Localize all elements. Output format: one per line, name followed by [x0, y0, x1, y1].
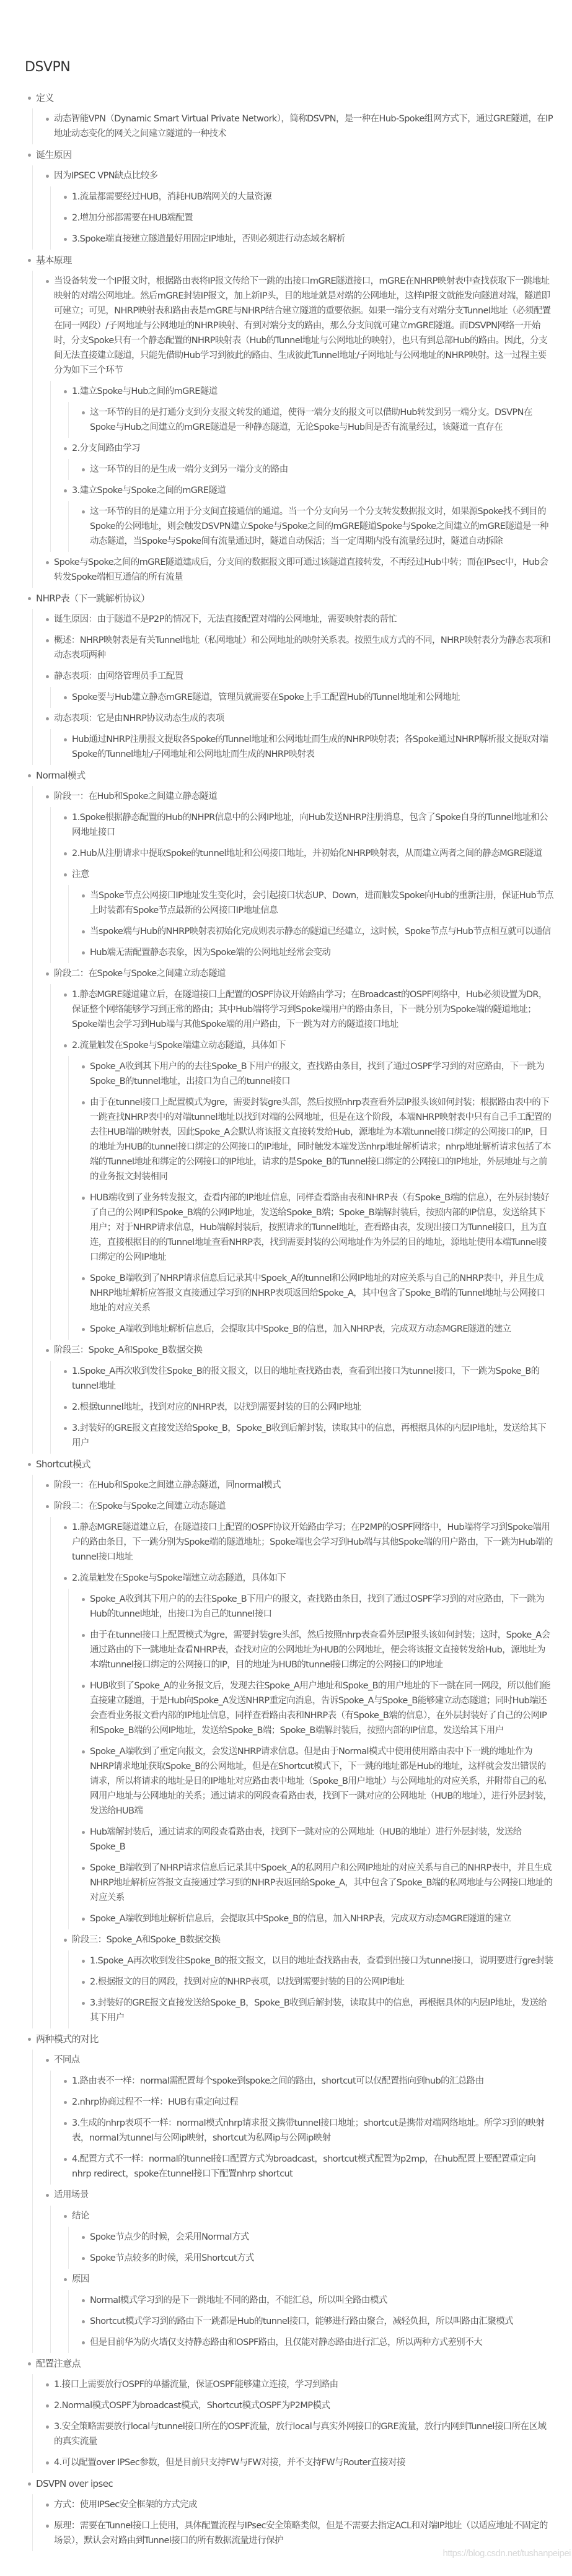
bullet-icon — [64, 2215, 67, 2218]
outline-row: 由于在tunnel接口上配置模式为gre，需要封装gre头部，然后按照nhrp表… — [79, 1625, 553, 1675]
outline-text: 动态表项：它是由NHRP协议动态生成的表项 — [43, 708, 553, 729]
outline-row: 由于在tunnel接口上配置模式为gre，需要封装gre头部，然后按照nhrp表… — [79, 1092, 553, 1187]
outline-label: 因为IPSEC VPN缺点比较多 — [54, 171, 158, 181]
bullet-icon — [82, 1918, 85, 1921]
outline-text: 1.建立Spoke与Hub之间的mGRE隧道 — [61, 381, 553, 402]
outline-item: 3.封装好的GRE报文直接发送给Spoke_B，Spoke_B收到后解封装，读取… — [61, 1418, 553, 1454]
outline-item: 1.Spoke根据静态配置的Hub的NHPR信息中的公网IP地址，向Hub发送N… — [61, 807, 553, 843]
outline-row: Spoke节点较多的时候，采用Shortcut方式 — [79, 2248, 553, 2269]
outline-item: 2.nhrp协商过程不一样：HUB有重定向过程 — [61, 2092, 553, 2113]
bullet-icon — [46, 2425, 49, 2429]
outline-item: Spoke_A端收到地址解析信息后，会提取其中Spoke_B的信息，加入NHRP… — [79, 1908, 553, 1929]
outline-label: 不同点 — [54, 2055, 80, 2065]
outline-row: 1.接口上需要放行OSPF的单播流量，保证OSPF能够建立连接，学习到路由 — [43, 2374, 553, 2395]
bullet-icon — [64, 1939, 67, 1942]
outline-row: Hub通过NHRP注册报文提取各Spoke的Tunnel地址和公网地址而生成的N… — [61, 729, 553, 765]
outline-row: Normal模式学习到的是下一跳地址不同的路由，不能汇总，所以叫全路由模式 — [79, 2290, 553, 2311]
outline-label: 诞生原因 — [36, 149, 72, 160]
outline-item: 1.Spoke_A再次收到发往Spoke_B的报文报文，以目的地址查找路由表，查… — [61, 1361, 553, 1397]
outline-label: 3.封装好的GRE报文直接发送给Spoke_B，Spoke_B收到后解封装，读取… — [72, 1423, 546, 1448]
outline-label: 1.静态MGRE隧道建立后，在隧道接口上配置的OSPF协议开始路由学习；在Bro… — [72, 990, 547, 1029]
outline-row: Spoke_B端收到了NHRP请求信息后记录其中Spoek_A的tunnel和公… — [79, 1268, 553, 1319]
outline-item: Spoke_B端收到了NHRP请求信息后记录其中Spoek_A的tunnel和公… — [79, 1268, 553, 1319]
outline-text: 基本原理 — [25, 250, 553, 271]
outline-label: 3.生成的nhrp表项不一样：normal模式nhrp请求报文携带tunnel接… — [72, 2118, 544, 2143]
outline-text: 诞生原因 — [25, 144, 553, 165]
outline-item: 2.Normal模式OSPF为broadcast模式，Shortcut模式OSP… — [43, 2395, 553, 2416]
bullet-icon — [64, 873, 67, 876]
outline-item: 阶段二：在Spoke与Spoke之间建立动态隧道1.静态MGRE隧道建立后，在隧… — [43, 1496, 553, 2028]
outline-item: 4.可以配置over IPSec参数，但是目前只支持FW与FW对接，并不支持FW… — [43, 2452, 553, 2473]
outline-label: NHRP表（下一跳解析协议） — [36, 593, 150, 604]
outline-sublist: 1.路由表不一样：normal需配置每个spoke到spoke之间的路由，sho… — [50, 2071, 553, 2185]
outline-row: 阶段一：在Hub和Spoke之间建立静态隧道 — [43, 786, 553, 807]
bullet-icon — [82, 1598, 85, 1601]
outline-sublist: Spoke_A收到其下用户的的去往Spoke_B下用户的报文，查找路由条目，找到… — [68, 1056, 553, 1340]
outline-text: 2.根据tunnel地址，找到对应的NHRP表，以找到需要封装的目的公网IP地址 — [61, 1397, 553, 1418]
outline-text: Shortcut模式 — [25, 1454, 553, 1475]
outline-item: 3.封装好的GRE报文直接发送给Spoke_B，Spoke_B收到后解封装，读取… — [79, 1993, 553, 2028]
bullet-icon — [82, 1981, 85, 1984]
bullet-icon — [64, 390, 67, 393]
outline-text: 由于在tunnel接口上配置模式为gre，需要封装gre头部，然后按照nhrp表… — [79, 1092, 553, 1187]
outline-label: Hub通过NHRP注册报文提取各Spoke的Tunnel地址和公网地址而生成的N… — [72, 735, 548, 759]
outline-item: 动态智能VPN（Dynamic Smart Virtual Private Ne… — [43, 108, 553, 144]
outline-text: Spoke节点少的时候，会采用Normal方式 — [79, 2227, 553, 2248]
bullet-icon — [28, 154, 31, 157]
outline-label: 当spoke端与Hub的NHRP映射表初始化完成则表示静态的隧道已经建立，这时候… — [90, 927, 551, 937]
outline-row: Spoke_A收到其下用户的的去往Spoke_B下用户的报文，查找路由条目，找到… — [79, 1589, 553, 1625]
bullet-icon — [82, 1960, 85, 1963]
outline-row: 两种模式的对比 — [25, 2028, 553, 2050]
outline-row: 1.Spoke_A再次收到发往Spoke_B的报文报文，以目的地址查找路由表，查… — [61, 1361, 553, 1397]
outline-text: 2.增加分部都需要在HUB端配置 — [61, 207, 553, 229]
outline-label: 配置注意点 — [36, 2358, 81, 2369]
outline-item: 基本原理当设备转发一个IP报文时，根据路由表将IP报文传给下一跳的出接口mGRE… — [25, 250, 553, 588]
outline-sublist: 1.建立Spoke与Hub之间的mGRE隧道这一环节的目的是打通分支到分支报文转… — [50, 381, 553, 552]
outline-sublist: 当Spoke节点公网接口IP地址发生变化时，会引起接口状态UP、Down，进而触… — [68, 885, 553, 963]
outline-label: Shortcut模式学习到的路由下一跳都是Hub的tunnel接口，能够进行路由… — [90, 2316, 513, 2326]
bullet-icon — [46, 2525, 49, 2528]
bullet-icon — [82, 930, 85, 933]
outline-label: 2.nhrp协商过程不一样：HUB有重定向过程 — [72, 2097, 238, 2107]
outline-text: Spoke_A收到其下用户的的去往Spoke_B下用户的报文，查找路由条目，找到… — [79, 1056, 553, 1092]
outline-row: Spoke_A端收到地址解析信息后，会提取其中Spoke_B的信息，加入NHRP… — [79, 1908, 553, 1929]
outline-sublist: 当设备转发一个IP报文时，根据路由表将IP报文传给下一跳的出接口mGRE隧道接口… — [32, 271, 553, 588]
outline-row: 2.Hub从注册请求中提取Spoke的tunnel地址和公网接口地址，并初始化N… — [61, 843, 553, 864]
document: DSVPN 定义动态智能VPN（Dynamic Smart Virtual Pr… — [0, 0, 572, 2576]
outline-label: Normal模式 — [36, 770, 85, 781]
outline-label: Spoke_A收到其下用户的的去往Spoke_B下用户的报文，查找路由条目，找到… — [90, 1594, 544, 1619]
outline-label: Spoke要与Hub建立静态mGRE隧道，管理员就需要在Spoke上手工配置Hu… — [72, 692, 460, 702]
outline-row: 因为IPSEC VPN缺点比较多 — [43, 165, 553, 186]
outline-row: 2.分支间路由学习 — [61, 438, 553, 459]
outline-text: 1.流量都需要经过HUB，消耗HUB端网关的大量资源 — [61, 186, 553, 207]
outline-row: Hub端解封装后，通过请求的网段查看路由表，找到下一跳对应的公网地址（HUB的地… — [79, 1822, 553, 1858]
outline-label: 2.Normal模式OSPF为broadcast模式，Shortcut模式OSP… — [54, 2401, 330, 2411]
outline-text: 方式：使用IPSec安全框架的方式完成 — [43, 2494, 553, 2515]
outline-row: 阶段三：Spoke_A和Spoke_B数据交换 — [61, 1929, 553, 1950]
outline-item: Hub端无需配置静态表象，因为Spoke端的公网地址经常会变动 — [79, 942, 553, 963]
outline-text: 定义 — [25, 87, 553, 108]
bullet-icon — [28, 2482, 31, 2486]
outline-label: Spoke_A端收到地址解析信息后，会提取其中Spoke_B的信息，加入NHRP… — [90, 1914, 511, 1924]
outline-row: 1.Spoke根据静态配置的Hub的NHPR信息中的公网IP地址，向Hub发送N… — [61, 807, 553, 843]
bullet-icon — [46, 675, 49, 678]
outline-text: Spoke_A端收到地址解析信息后，会提取其中Spoke_B的信息，加入NHRP… — [79, 1908, 553, 1929]
bullet-icon — [82, 1197, 85, 1200]
outline-row: 动态表项：它是由NHRP协议动态生成的表项 — [43, 708, 553, 729]
outline-row: 这一环节的目的是打通分支到分支报文转发的通道，使得一端分支的报文可以借助Hub转… — [79, 402, 553, 438]
outline-row: 适用场景 — [43, 2185, 553, 2206]
outline-row: Normal模式 — [25, 765, 553, 786]
outline-row: 配置注意点 — [25, 2353, 553, 2374]
outline-row: 1.路由表不一样：normal需配置每个spoke到spoke之间的路由，sho… — [61, 2071, 553, 2092]
outline-item: Hub端解封装后，通过请求的网段查看路由表，找到下一跳对应的公网地址（HUB的地… — [79, 1822, 553, 1858]
outline-text: 2.流量触发在Spoke与Spoke端建立动态隧道，具体如下 — [61, 1035, 553, 1056]
bullet-icon — [64, 2101, 67, 2104]
outline-item: Normal模式阶段一：在Hub和Spoke之间建立静态隧道1.Spoke根据静… — [25, 765, 553, 1454]
outline-text: Shortcut模式学习到的路由下一跳都是Hub的tunnel接口，能够进行路由… — [79, 2311, 553, 2332]
outline-row: 2.流量触发在Spoke与Spoke端建立动态隧道，具体如下 — [61, 1035, 553, 1056]
outline-row: 2.流量触发在Spoke与Spoke端建立动态隧道，具体如下 — [61, 1568, 553, 1589]
outline-row: Spoke_A端收到了重定向报文，会发送NHRP请求信息。但是由于Normal模… — [79, 1741, 553, 1822]
outline-label: 1.Spoke_A再次收到发往Spoke_B的报文报文，以目的地址查找路由表，查… — [72, 1366, 540, 1391]
outline-text: 3.Spoke端直接建立隧道最好用固定IP地址，否则必须进行动态域名解析 — [61, 229, 553, 250]
outline-label: 静态表项：由网络管理员手工配置 — [54, 671, 183, 681]
outline-sublist: 1.Spoke_A再次收到发往Spoke_B的报文报文，以目的地址查找路由表，查… — [50, 1361, 553, 1454]
outline-row: Hub端无需配置静态表象，因为Spoke端的公网地址经常会变动 — [79, 942, 553, 963]
outline-text: Hub端解封装后，通过请求的网段查看路由表，找到下一跳对应的公网地址（HUB的地… — [79, 1822, 553, 1858]
outline-label: Spoke_A收到其下用户的的去往Spoke_B下用户的报文，查找路由条目，找到… — [90, 1062, 544, 1086]
outline-text: 4.可以配置over IPSec参数，但是目前只支持FW与FW对接，并不支持FW… — [43, 2452, 553, 2473]
outline-row: 3.封装好的GRE报文直接发送给Spoke_B，Spoke_B收到后解封装，读取… — [79, 1993, 553, 2028]
outline-label: 2.分支间路由学习 — [72, 443, 140, 453]
outline-text: Normal模式 — [25, 765, 553, 786]
outline-item: 由于在tunnel接口上配置模式为gre，需要封装gre头部，然后按照nhrp表… — [79, 1625, 553, 1675]
outline-text: 结论 — [61, 2206, 553, 2227]
outline-label: 动态表项：它是由NHRP协议动态生成的表项 — [54, 714, 224, 723]
outline-item: 注意当Spoke节点公网接口IP地址发生变化时，会引起接口状态UP、Down，进… — [61, 864, 553, 963]
outline-item: 阶段三：Spoke_A和Spoke_B数据交换1.Spoke_A再次收到发往Sp… — [43, 1340, 553, 1454]
outline-item: Spoke节点少的时候，会采用Normal方式 — [79, 2227, 553, 2248]
outline-text: 原因 — [61, 2269, 553, 2290]
outline-item: 2.流量触发在Spoke与Spoke端建立动态隧道，具体如下Spoke_A收到其… — [61, 1568, 553, 1929]
outline-row: 2.根据tunnel地址，找到对应的NHRP表，以找到需要封装的目的公网IP地址 — [61, 1397, 553, 1418]
outline-label: Shortcut模式 — [36, 1459, 90, 1470]
outline-item: 两种模式的对比不同点1.路由表不一样：normal需配置每个spoke到spok… — [25, 2028, 553, 2353]
outline-label: 原因 — [72, 2274, 89, 2284]
outline-label: 1.Spoke_A再次收到发往Spoke_B的报文报文，以目的地址查找路由表，查… — [90, 1956, 553, 1966]
outline-row: 3.安全策略需要放行local与tunnel接口所在的OSPF流量，放行loca… — [43, 2416, 553, 2452]
bullet-icon — [82, 510, 85, 513]
outline-row: Spoke_A端收到地址解析信息后，会提取其中Spoke_B的信息，加入NHRP… — [79, 1319, 553, 1340]
bullet-icon — [46, 118, 49, 121]
outline-item: 当spoke端与Hub的NHRP映射表初始化完成则表示静态的隧道已经建立，这时候… — [79, 921, 553, 942]
bullet-icon — [46, 1349, 49, 1352]
outline-label: 阶段二：在Spoke与Spoke之间建立动态隧道 — [54, 1501, 226, 1511]
outline-text: 阶段一：在Hub和Spoke之间建立静态隧道，同normal模式 — [43, 1475, 553, 1496]
outline-sublist: Spoke节点少的时候，会采用Normal方式Spoke节点较多的时候，采用Sh… — [68, 2227, 553, 2269]
outline-label: 原理：需要在Tunnel接口上使用，具体配置流程与IPsec安全策略类似，但是不… — [54, 2521, 548, 2546]
outline-item: Spoke与Spoke之间的mGRE隧道建成后，分支间的数据报文即可通过该隧道直… — [43, 552, 553, 588]
outline-label: 这一环节的目的是打通分支到分支报文转发的通道，使得一端分支的报文可以借助Hub转… — [90, 408, 532, 432]
bullet-icon — [82, 2341, 85, 2344]
outline-label: 基本原理 — [36, 255, 72, 266]
outline-row: 当Spoke节点公网接口IP地址发生变化时，会引起接口状态UP、Down，进而触… — [79, 885, 553, 921]
outline-label: Spoke节点少的时候，会采用Normal方式 — [90, 2232, 249, 2242]
outline-sublist: 1.接口上需要放行OSPF的单播流量，保证OSPF能够建立连接，学习到路由2.N… — [32, 2374, 553, 2473]
outline-row: 诞生原因：由于隧道不是P2P的情况下，无法直接配置对端的公网地址，需要映射表的帮… — [43, 609, 553, 630]
outline-text: 4.配置方式不一样：normal的tunnel接口配置方式为broadcast，… — [61, 2149, 553, 2185]
outline-text: 1.静态MGRE隧道建立后，在隧道接口上配置的OSPF协议开始路由学习；在Bro… — [61, 984, 553, 1035]
outline-item: 2.根据tunnel地址，找到对应的NHRP表，以找到需要封装的目的公网IP地址 — [61, 1397, 553, 1418]
outline-text: 注意 — [61, 864, 553, 885]
outline-row: 1.静态MGRE隧道建立后，在隧道接口上配置的OSPF协议开始路由学习；在Bro… — [61, 984, 553, 1035]
outline-text: 原理：需要在Tunnel接口上使用，具体配置流程与IPsec安全策略类似，但是不… — [43, 2515, 553, 2551]
outline-text: 1.接口上需要放行OSPF的单播流量，保证OSPF能够建立连接，学习到路由 — [43, 2374, 553, 2395]
outline-text: 静态表项：由网络管理员手工配置 — [43, 666, 553, 687]
outline-sublist: 1.Spoke_A再次收到发往Spoke_B的报文报文，以目的地址查找路由表，查… — [68, 1950, 553, 2028]
outline-item: 方式：使用IPSec安全框架的方式完成 — [43, 2494, 553, 2515]
outline-row: 4.配置方式不一样：normal的tunnel接口配置方式为broadcast，… — [61, 2149, 553, 2185]
outline-item: 适用场景结论Spoke节点少的时候，会采用Normal方式Spoke节点较多的时… — [43, 2185, 553, 2353]
bullet-icon — [64, 2278, 67, 2281]
outline-sublist: 阶段一：在Hub和Spoke之间建立静态隧道1.Spoke根据静态配置的Hub的… — [32, 786, 553, 1454]
outline-item: 3.建立Spoke与Spoke之间的mGRE隧道这一环节的目的是建立用于分支间直… — [61, 480, 553, 552]
outline-row: 不同点 — [43, 2050, 553, 2071]
outline-item: 2.增加分部都需要在HUB端配置 — [61, 207, 553, 229]
bullet-icon — [82, 1634, 85, 1637]
outline-row: Spoke_B端收到了NHRP请求信息后记录其中Spoek_A的私网用户和公网I… — [79, 1858, 553, 1908]
outline-label: 4.配置方式不一样：normal的tunnel接口配置方式为broadcast，… — [72, 2154, 535, 2179]
outline-text: 动态智能VPN（Dynamic Smart Virtual Private Ne… — [43, 108, 553, 144]
outline-text: Spoke与Spoke之间的mGRE隧道建成后，分支间的数据报文即可通过该隧道直… — [43, 552, 553, 588]
bullet-icon — [46, 2404, 49, 2408]
outline-text: 2.nhrp协商过程不一样：HUB有重定向过程 — [61, 2092, 553, 2113]
outline-label: 定义 — [36, 92, 54, 103]
outline-label: 1.静态MGRE隧道建立后，在隧道接口上配置的OSPF协议开始路由学习；在P2M… — [72, 1522, 553, 1562]
bullet-icon — [64, 2122, 67, 2125]
outline-text: Spoke节点较多的时候，采用Shortcut方式 — [79, 2248, 553, 2269]
bullet-icon — [46, 795, 49, 798]
outline-label: 3.安全策略需要放行local与tunnel接口所在的OSPF流量，放行loca… — [54, 2422, 546, 2447]
outline-label: 1.Spoke根据静态配置的Hub的NHPR信息中的公网IP地址，向Hub发送N… — [72, 813, 548, 837]
bullet-icon — [82, 1065, 85, 1068]
bullet-icon — [64, 1406, 67, 1409]
outline-label: Hub端解封装后，通过请求的网段查看路由表，找到下一跳对应的公网地址（HUB的地… — [90, 1827, 522, 1852]
bullet-icon — [82, 2299, 85, 2302]
outline-label: 阶段一：在Hub和Spoke之间建立静态隧道，同normal模式 — [54, 1480, 281, 1490]
outline-label: 这一环节的目的是建立用于分支间直接通信的通道。当一个分支向另一个分支转发数据报文… — [90, 507, 548, 546]
outline-label: 当Spoke节点公网接口IP地址发生变化时，会引起接口状态UP、Down，进而触… — [90, 891, 553, 915]
outline-text: Spoke_B端收到了NHRP请求信息后记录其中Spoek_A的私网用户和公网I… — [79, 1858, 553, 1908]
bullet-icon — [64, 489, 67, 492]
outline-label: 动态智能VPN（Dynamic Smart Virtual Private Ne… — [54, 114, 553, 139]
outline-label: 这一环节的目的是生成一端分支到另一端分支的路由 — [90, 465, 288, 474]
bullet-icon — [82, 2257, 85, 2260]
outline-row: 2.Normal模式OSPF为broadcast模式，Shortcut模式OSP… — [43, 2395, 553, 2416]
outline-item: 静态表项：由网络管理员手工配置Spoke要与Hub建立静态mGRE隧道，管理员就… — [43, 666, 553, 708]
outline-item: 2.流量触发在Spoke与Spoke端建立动态隧道，具体如下Spoke_A收到其… — [61, 1035, 553, 1340]
bullet-icon — [46, 639, 49, 642]
bullet-icon — [64, 1370, 67, 1373]
outline-text: 适用场景 — [43, 2185, 553, 2206]
bullet-icon — [64, 447, 67, 450]
outline-text: 2.分支间路由学习 — [61, 438, 553, 459]
outline-row: 4.可以配置over IPSec参数，但是目前只支持FW与FW对接，并不支持FW… — [43, 2452, 553, 2473]
outline-row: 2.nhrp协商过程不一样：HUB有重定向过程 — [61, 2092, 553, 2113]
outline-label: Spoke节点较多的时候，采用Shortcut方式 — [90, 2253, 254, 2263]
outline-label: 结论 — [72, 2211, 89, 2221]
outline-item: 结论Spoke节点少的时候，会采用Normal方式Spoke节点较多的时候，采用… — [61, 2206, 553, 2269]
outline-row: 当spoke端与Hub的NHRP映射表初始化完成则表示静态的隧道已经建立，这时候… — [79, 921, 553, 942]
bullet-icon — [28, 259, 31, 262]
bullet-icon — [64, 196, 67, 199]
outline-label: 1.接口上需要放行OSPF的单播流量，保证OSPF能够建立连接，学习到路由 — [54, 2380, 338, 2390]
bullet-icon — [46, 2461, 49, 2465]
outline-label: 1.流量都需要经过HUB，消耗HUB端网关的大量资源 — [72, 192, 271, 202]
outline-item: 当Spoke节点公网接口IP地址发生变化时，会引起接口状态UP、Down，进而触… — [79, 885, 553, 921]
outline-text: 由于在tunnel接口上配置模式为gre，需要封装gre头部，然后按照nhrp表… — [79, 1625, 553, 1675]
outline-item: Shortcut模式学习到的路由下一跳都是Hub的tunnel接口，能够进行路由… — [79, 2311, 553, 2332]
outline-text: 这一环节的目的是生成一端分支到另一端分支的路由 — [79, 459, 553, 480]
outline-row: 方式：使用IPSec安全框架的方式完成 — [43, 2494, 553, 2515]
outline-text: 两种模式的对比 — [25, 2028, 553, 2050]
outline-sublist: 因为IPSEC VPN缺点比较多1.流量都需要经过HUB，消耗HUB端网关的大量… — [32, 165, 553, 250]
outline-item: 1.路由表不一样：normal需配置每个spoke到spoke之间的路由，sho… — [61, 2071, 553, 2092]
outline-label: Normal模式学习到的是下一跳地址不同的路由，不能汇总，所以叫全路由模式 — [90, 2295, 387, 2305]
outline-item: Spoke_A端收到地址解析信息后，会提取其中Spoke_B的信息，加入NHRP… — [79, 1319, 553, 1340]
outline-row: HUB端收到了业务转发报文，查看内部的IP地址信息，同样查看路由表和NHRP表（… — [79, 1187, 553, 1268]
outline-row: HUB收到了Spoke_A的业务报文后，发现去往Spoke_A用户地址和Spok… — [79, 1675, 553, 1741]
outline-row: 这一环节的目的是生成一端分支到另一端分支的路由 — [79, 459, 553, 480]
outline-item: 2.根据报文的目的网段，找到对应的NHRP表项，以找到需要封装的目的公网IP地址 — [79, 1971, 553, 1993]
bullet-icon — [46, 1484, 49, 1487]
bullet-icon — [82, 1328, 85, 1331]
outline-row: 动态智能VPN（Dynamic Smart Virtual Private Ne… — [43, 108, 553, 144]
outline-row: 诞生原因 — [25, 144, 553, 165]
outline-list: 定义动态智能VPN（Dynamic Smart Virtual Private … — [25, 87, 553, 2551]
outline-row: 3.Spoke端直接建立隧道最好用固定IP地址，否则必须进行动态域名解析 — [61, 229, 553, 250]
outline-row: 这一环节的目的是建立用于分支间直接通信的通道。当一个分支向另一个分支转发数据报文… — [79, 501, 553, 552]
bullet-icon — [82, 1831, 85, 1834]
bullet-icon — [82, 951, 85, 954]
outline-text: 2.根据报文的目的网段，找到对应的NHRP表项，以找到需要封装的目的公网IP地址 — [79, 1971, 553, 1993]
outline-text: 不同点 — [43, 2050, 553, 2071]
outline-text: 当设备转发一个IP报文时，根据路由表将IP报文传给下一跳的出接口mGRE隧道接口… — [43, 271, 553, 381]
outline-item: Hub通过NHRP注册报文提取各Spoke的Tunnel地址和公网地址而生成的N… — [61, 729, 553, 765]
bullet-icon — [46, 972, 49, 976]
outline-row: 2.根据报文的目的网段，找到对应的NHRP表项，以找到需要封装的目的公网IP地址 — [79, 1971, 553, 1993]
outline-label: 适用场景 — [54, 2190, 89, 2200]
outline-label: Hub端无需配置静态表象，因为Spoke端的公网地址经常会变动 — [90, 948, 330, 958]
outline-text: 1.路由表不一样：normal需配置每个spoke到spoke之间的路由，sho… — [61, 2071, 553, 2092]
outline-text: 但是目前华为防火墙仅支持静态路由和OSPF路由，且仅能对静态路由进行汇总，所以两… — [79, 2332, 553, 2353]
outline-text: 3.安全策略需要放行local与tunnel接口所在的OSPF流量，放行loca… — [43, 2416, 553, 2452]
outline-sublist: 1.静态MGRE隧道建立后，在隧道接口上配置的OSPF协议开始路由学习；在P2M… — [50, 1517, 553, 2028]
outline-item: Spoke_B端收到了NHRP请求信息后记录其中Spoek_A的私网用户和公网I… — [79, 1858, 553, 1908]
outline-text: 当spoke端与Hub的NHRP映射表初始化完成则表示静态的隧道已经建立，这时候… — [79, 921, 553, 942]
outline-row: 阶段二：在Spoke与Spoke之间建立动态隧道 — [43, 1496, 553, 1517]
bullet-icon — [82, 468, 85, 471]
outline-row: 阶段二：在Spoke与Spoke之间建立动态隧道 — [43, 963, 553, 984]
outline-item: 1.Spoke_A再次收到发往Spoke_B的报文报文，以目的地址查找路由表，查… — [79, 1950, 553, 1971]
outline-item: 阶段一：在Hub和Spoke之间建立静态隧道，同normal模式 — [43, 1475, 553, 1496]
outline-row: NHRP表（下一跳解析协议） — [25, 588, 553, 609]
outline-text: NHRP表（下一跳解析协议） — [25, 588, 553, 609]
outline-text: 3.封装好的GRE报文直接发送给Spoke_B，Spoke_B收到后解封装，读取… — [61, 1418, 553, 1454]
outline-item: DSVPN over ipsec方式：使用IPSec安全框架的方式完成原理：需要… — [25, 2473, 553, 2551]
outline-text: 这一环节的目的是打通分支到分支报文转发的通道，使得一端分支的报文可以借助Hub转… — [79, 402, 553, 438]
outline-sublist: Spoke_A收到其下用户的的去往Spoke_B下用户的报文，查找路由条目，找到… — [68, 1589, 553, 1929]
bullet-icon — [82, 2320, 85, 2323]
outline-text: Spoke_A端收到了重定向报文，会发送NHRP请求信息。但是由于Normal模… — [79, 1741, 553, 1822]
bullet-icon — [64, 2080, 67, 2083]
bullet-icon — [82, 2002, 85, 2005]
outline-label: 当设备转发一个IP报文时，根据路由表将IP报文传给下一跳的出接口mGRE隧道接口… — [54, 276, 551, 375]
outline-text: 1.Spoke根据静态配置的Hub的NHPR信息中的公网IP地址，向Hub发送N… — [61, 807, 553, 843]
bullet-icon — [82, 1277, 85, 1280]
outline-label: 由于在tunnel接口上配置模式为gre，需要封装gre头部，然后按照nhrp表… — [90, 1630, 550, 1670]
outline-item: Normal模式学习到的是下一跳地址不同的路由，不能汇总，所以叫全路由模式 — [79, 2290, 553, 2311]
outline-sublist: 1.Spoke根据静态配置的Hub的NHPR信息中的公网IP地址，向Hub发送N… — [50, 807, 553, 963]
bullet-icon — [64, 2158, 67, 2161]
outline-text: 2.Hub从注册请求中提取Spoke的tunnel地址和公网接口地址，并初始化N… — [61, 843, 553, 864]
outline-row: 1.Spoke_A再次收到发往Spoke_B的报文报文，以目的地址查找路由表，查… — [79, 1950, 553, 1971]
outline-label: 概述：NHRP映射表是有关Tunnel地址（私网地址）和公网地址的映射关系表。按… — [54, 635, 550, 660]
outline-text: 诞生原因：由于隧道不是P2P的情况下，无法直接配置对端的公网地址，需要映射表的帮… — [43, 609, 553, 630]
outline-item: 1.静态MGRE隧道建立后，在隧道接口上配置的OSPF协议开始路由学习；在Bro… — [61, 984, 553, 1035]
bullet-icon — [64, 1526, 67, 1529]
outline-sublist: 结论Spoke节点少的时候，会采用Normal方式Spoke节点较多的时候，采用… — [50, 2206, 553, 2353]
outline-sublist: 方式：使用IPSec安全框架的方式完成原理：需要在Tunnel接口上使用，具体配… — [32, 2494, 553, 2551]
bullet-icon — [64, 816, 67, 819]
outline-label: 2.根据tunnel地址，找到对应的NHRP表，以找到需要封装的目的公网IP地址 — [72, 1402, 361, 1412]
outline-item: 配置注意点1.接口上需要放行OSPF的单播流量，保证OSPF能够建立连接，学习到… — [25, 2353, 553, 2473]
outline-item: 阶段三：Spoke_A和Spoke_B数据交换1.Spoke_A再次收到发往Sp… — [61, 1929, 553, 2028]
outline-text: 2.流量触发在Spoke与Spoke端建立动态隧道，具体如下 — [61, 1568, 553, 1589]
outline-text: 1.Spoke_A再次收到发往Spoke_B的报文报文，以目的地址查找路由表，查… — [79, 1950, 553, 1971]
outline-sublist: 1.流量都需要经过HUB，消耗HUB端网关的大量资源2.增加分部都需要在HUB端… — [50, 186, 553, 250]
bullet-icon — [64, 1427, 67, 1430]
bullet-icon — [46, 175, 49, 178]
outline-label: 阶段三：Spoke_A和Spoke_B数据交换 — [54, 1345, 202, 1355]
outline-item: 原理：需要在Tunnel接口上使用，具体配置流程与IPsec安全策略类似，但是不… — [43, 2515, 553, 2551]
outline-row: 注意 — [61, 864, 553, 885]
outline-row: 定义 — [25, 87, 553, 108]
outline-text: Hub通过NHRP注册报文提取各Spoke的Tunnel地址和公网地址而生成的N… — [61, 729, 553, 765]
outline-text: 3.封装好的GRE报文直接发送给Spoke_B，Spoke_B收到后解封装，读取… — [79, 1993, 553, 2028]
outline-text: 阶段二：在Spoke与Spoke之间建立动态隧道 — [43, 1496, 553, 1517]
bullet-icon — [82, 1867, 85, 1870]
outline-sublist: 诞生原因：由于隧道不是P2P的情况下，无法直接配置对端的公网地址，需要映射表的帮… — [32, 609, 553, 765]
outline-label: 诞生原因：由于隧道不是P2P的情况下，无法直接配置对端的公网地址，需要映射表的帮… — [54, 614, 397, 624]
outline-sublist: 阶段一：在Hub和Spoke之间建立静态隧道，同normal模式阶段二：在Spo… — [32, 1475, 553, 2028]
outline-label: 4.可以配置over IPSec参数，但是目前只支持FW与FW对接，并不支持FW… — [54, 2458, 405, 2468]
outline-text: 配置注意点 — [25, 2353, 553, 2374]
outline-item: 这一环节的目的是生成一端分支到另一端分支的路由 — [79, 459, 553, 480]
outline-row: Spoke与Spoke之间的mGRE隧道建成后，分支间的数据报文即可通过该隧道直… — [43, 552, 553, 588]
bullet-icon — [28, 2362, 31, 2365]
outline-label: 3.Spoke端直接建立隧道最好用固定IP地址，否则必须进行动态域名解析 — [72, 234, 345, 244]
outline-row: 基本原理 — [25, 250, 553, 271]
bullet-icon — [46, 2504, 49, 2507]
page-title: DSVPN — [25, 59, 553, 75]
outline-sublist: 这一环节的目的是打通分支到分支报文转发的通道，使得一端分支的报文可以借助Hub转… — [68, 402, 553, 438]
outline-text: 阶段二：在Spoke与Spoke之间建立动态隧道 — [43, 963, 553, 984]
bullet-icon — [46, 2194, 49, 2197]
